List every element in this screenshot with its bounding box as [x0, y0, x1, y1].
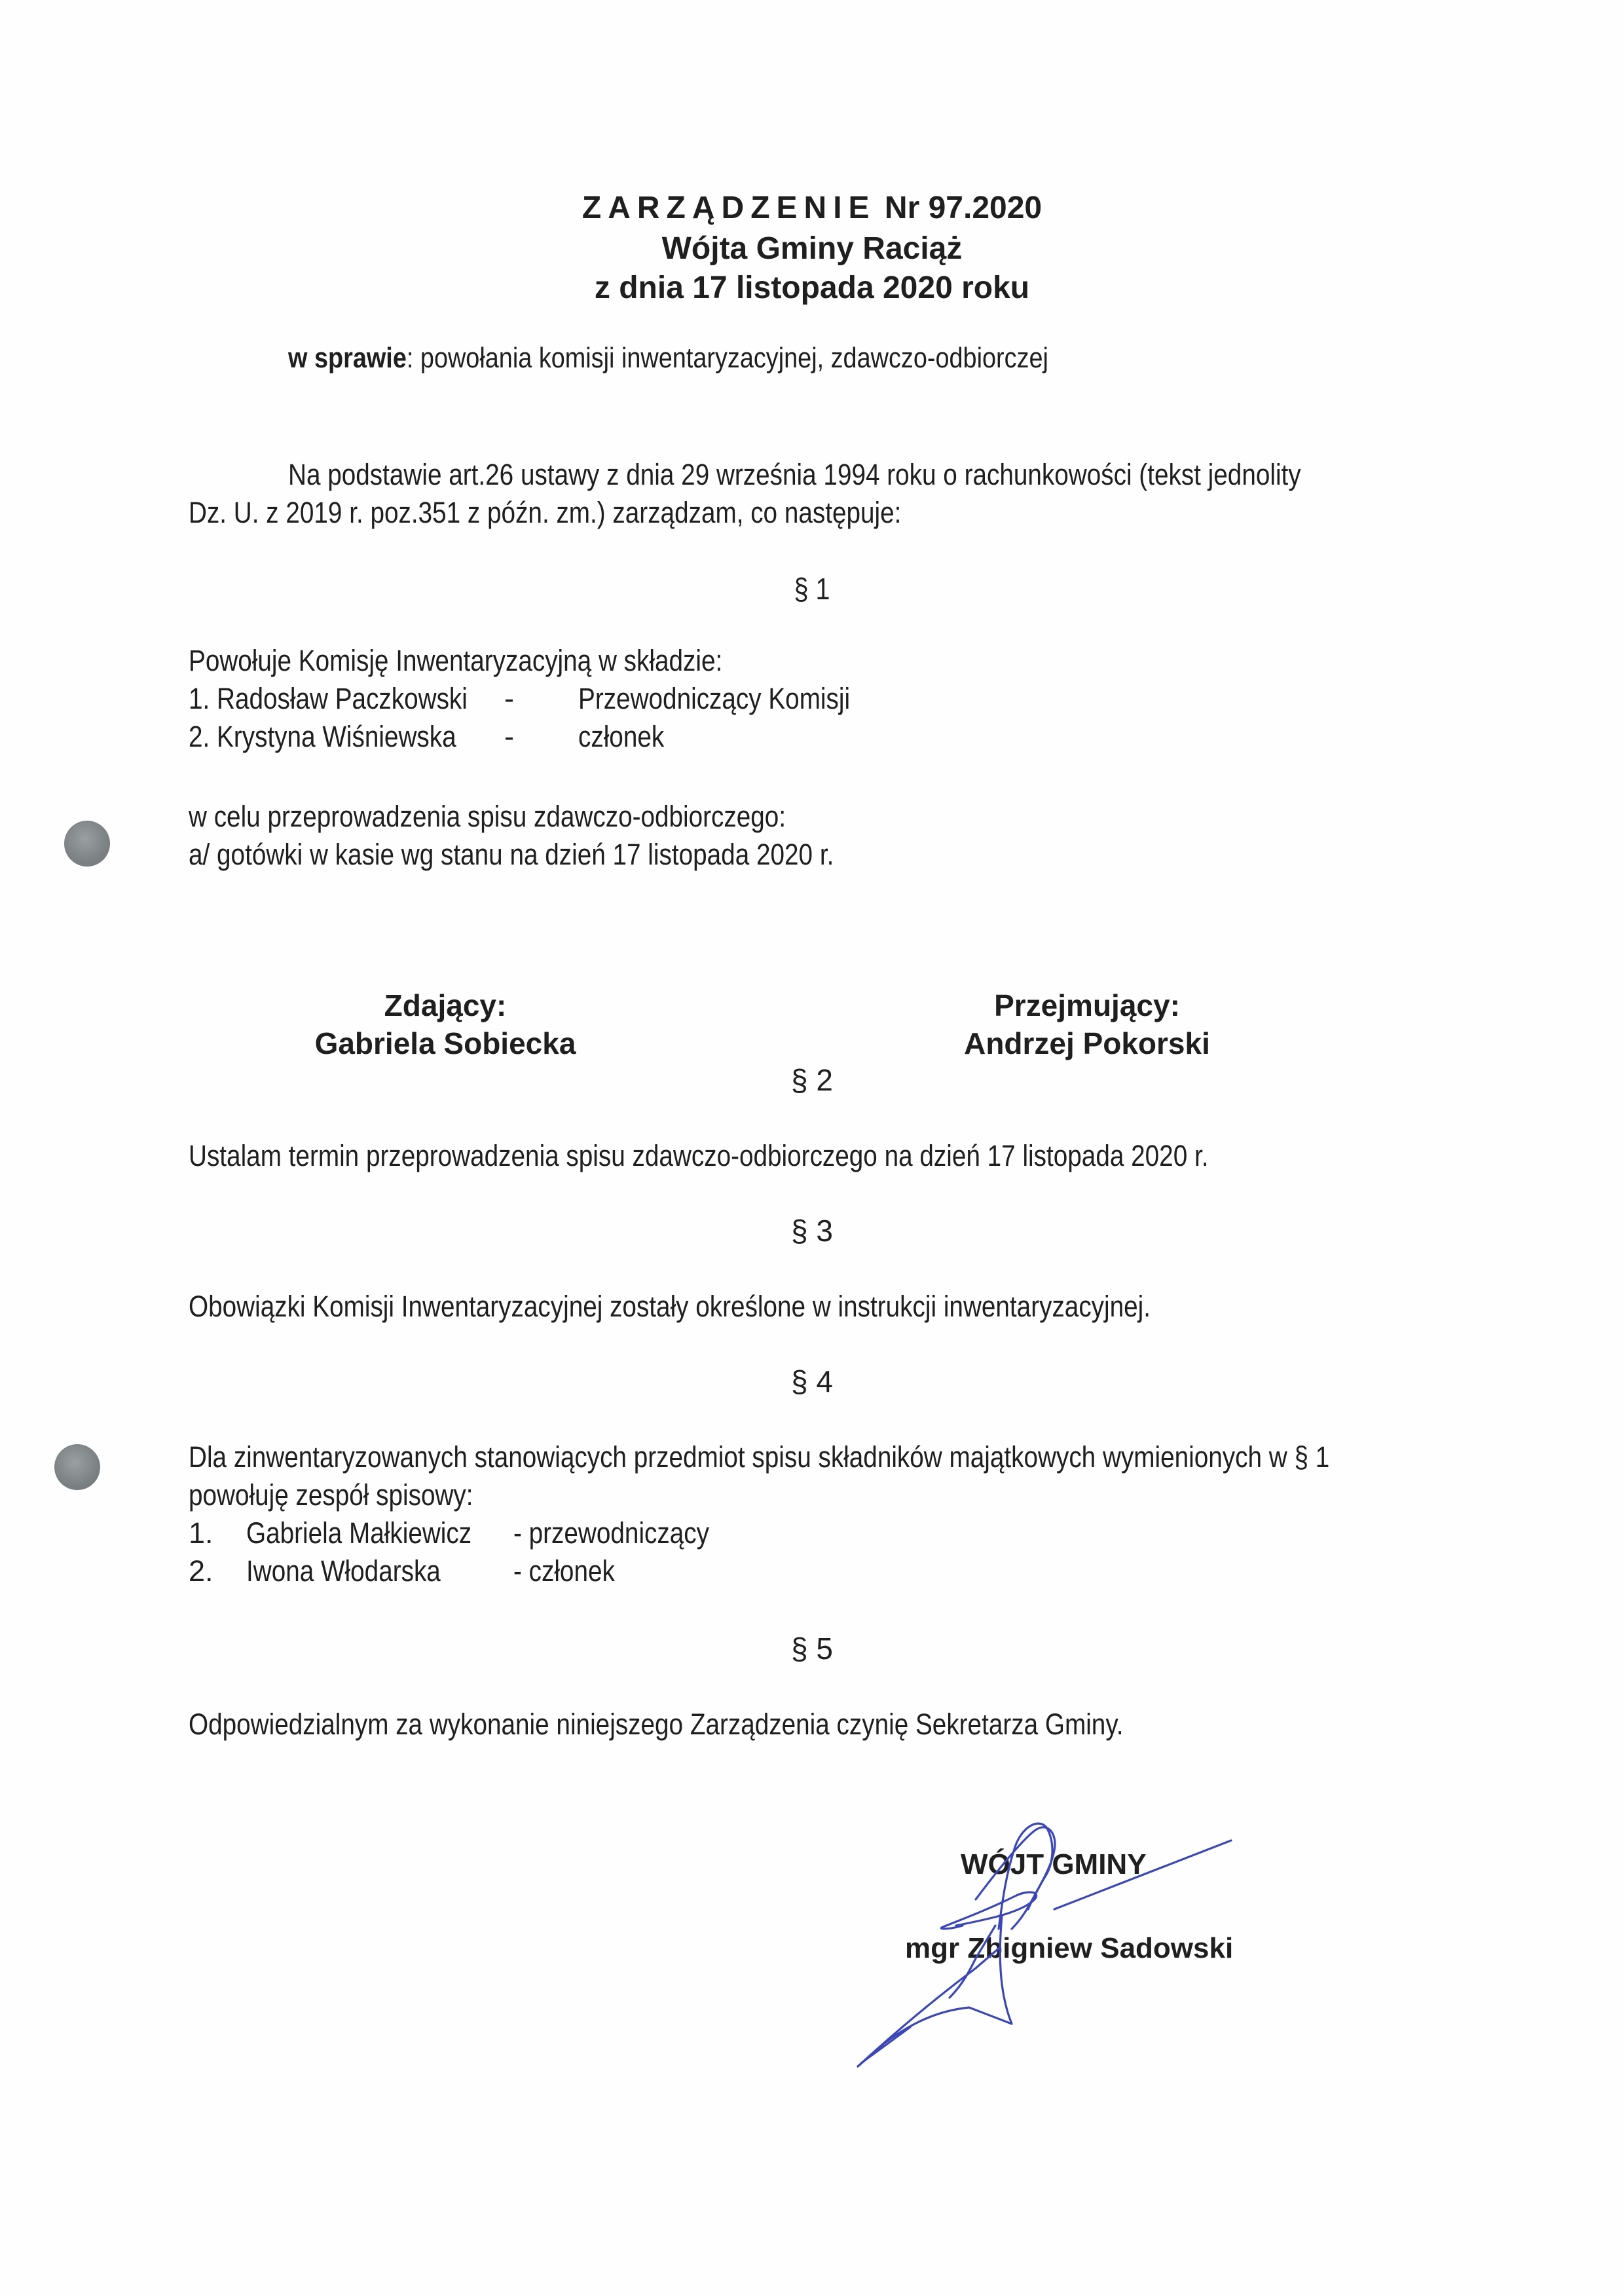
- section-5-text: Odpowiedzialnym za wykonanie niniejszego…: [189, 1706, 1124, 1744]
- title-date: z dnia 17 listopada 2020 roku: [0, 270, 1624, 306]
- member-dash: -: [504, 680, 514, 718]
- preamble-line-1: Na podstawie art.26 ustawy z dnia 29 wrz…: [288, 456, 1301, 494]
- section-3-text: Obowiązki Komisji Inwentaryzacyjnej zost…: [189, 1288, 1151, 1326]
- receiver-label: Przejmujący:: [956, 988, 1218, 1023]
- commission-member: 1. Radosław Paczkowski: [189, 680, 468, 718]
- commission-member: 2. Krystyna Wiśniewska: [189, 718, 456, 756]
- purpose-line-2: a/ gotówki w kasie wg stanu na dzień 17 …: [189, 836, 834, 874]
- title-number: Nr 97.2020: [885, 191, 1042, 225]
- signature-title: WÓJT GMINY: [961, 1848, 1147, 1881]
- punch-hole-top: [64, 821, 110, 867]
- member-name: Krystyna Wiśniewska: [217, 720, 456, 753]
- document-page: ZARZĄDZENIE Nr 97.2020 Wójta Gminy Racią…: [0, 0, 1624, 2295]
- member-role: członek: [578, 718, 664, 756]
- subject-line: w sprawie: powołania komisji inwentaryza…: [288, 342, 1048, 375]
- section-3-mark: § 3: [0, 1213, 1624, 1248]
- punch-hole-bottom: [54, 1444, 100, 1490]
- member-role: - członek: [513, 1552, 615, 1590]
- member-index: 1.: [189, 1514, 213, 1552]
- section-2-text: Ustalam termin przeprowadzenia spisu zda…: [189, 1137, 1208, 1175]
- giver-label: Zdający:: [314, 988, 576, 1023]
- section-4-mark: § 4: [0, 1364, 1624, 1399]
- document-title: ZARZĄDZENIE Nr 97.2020: [0, 190, 1624, 226]
- member-name: Gabriela Małkiewicz: [246, 1514, 471, 1552]
- member-role: - przewodniczący: [513, 1514, 709, 1552]
- subject-text: : powołania komisji inwentaryzacyjnej, z…: [407, 342, 1048, 374]
- member-name: Iwona Włodarska: [246, 1552, 441, 1590]
- section-4-line-2: powołuję zespół spisowy:: [189, 1476, 473, 1514]
- member-dash: -: [504, 718, 514, 756]
- preamble-line-2: Dz. U. z 2019 r. poz.351 z późn. zm.) za…: [189, 494, 901, 532]
- title-issuer: Wójta Gminy Raciąż: [0, 231, 1624, 267]
- section-5-mark: § 5: [0, 1631, 1624, 1666]
- section-1-intro: Powołuje Komisję Inwentaryzacyjną w skła…: [189, 642, 722, 680]
- member-index: 2.: [189, 1552, 213, 1590]
- signature-name: mgr Zbigniew Sadowski: [905, 1932, 1233, 1965]
- section-1-mark: § 1: [114, 571, 1511, 606]
- giver-name: Gabriela Sobiecka: [282, 1026, 609, 1061]
- subject-label: w sprawie: [288, 342, 407, 374]
- purpose-line-1: w celu przeprowadzenia spisu zdawczo-odb…: [189, 798, 786, 836]
- receiver-name: Andrzej Pokorski: [923, 1026, 1251, 1061]
- section-2-mark: § 2: [0, 1062, 1624, 1098]
- member-name: Radosław Paczkowski: [217, 682, 468, 715]
- section-4-line-1: Dla zinwentaryzowanych stanowiących prze…: [189, 1438, 1329, 1476]
- title-heading: ZARZĄDZENIE: [582, 191, 876, 225]
- member-role: Przewodniczący Komisji: [578, 680, 850, 718]
